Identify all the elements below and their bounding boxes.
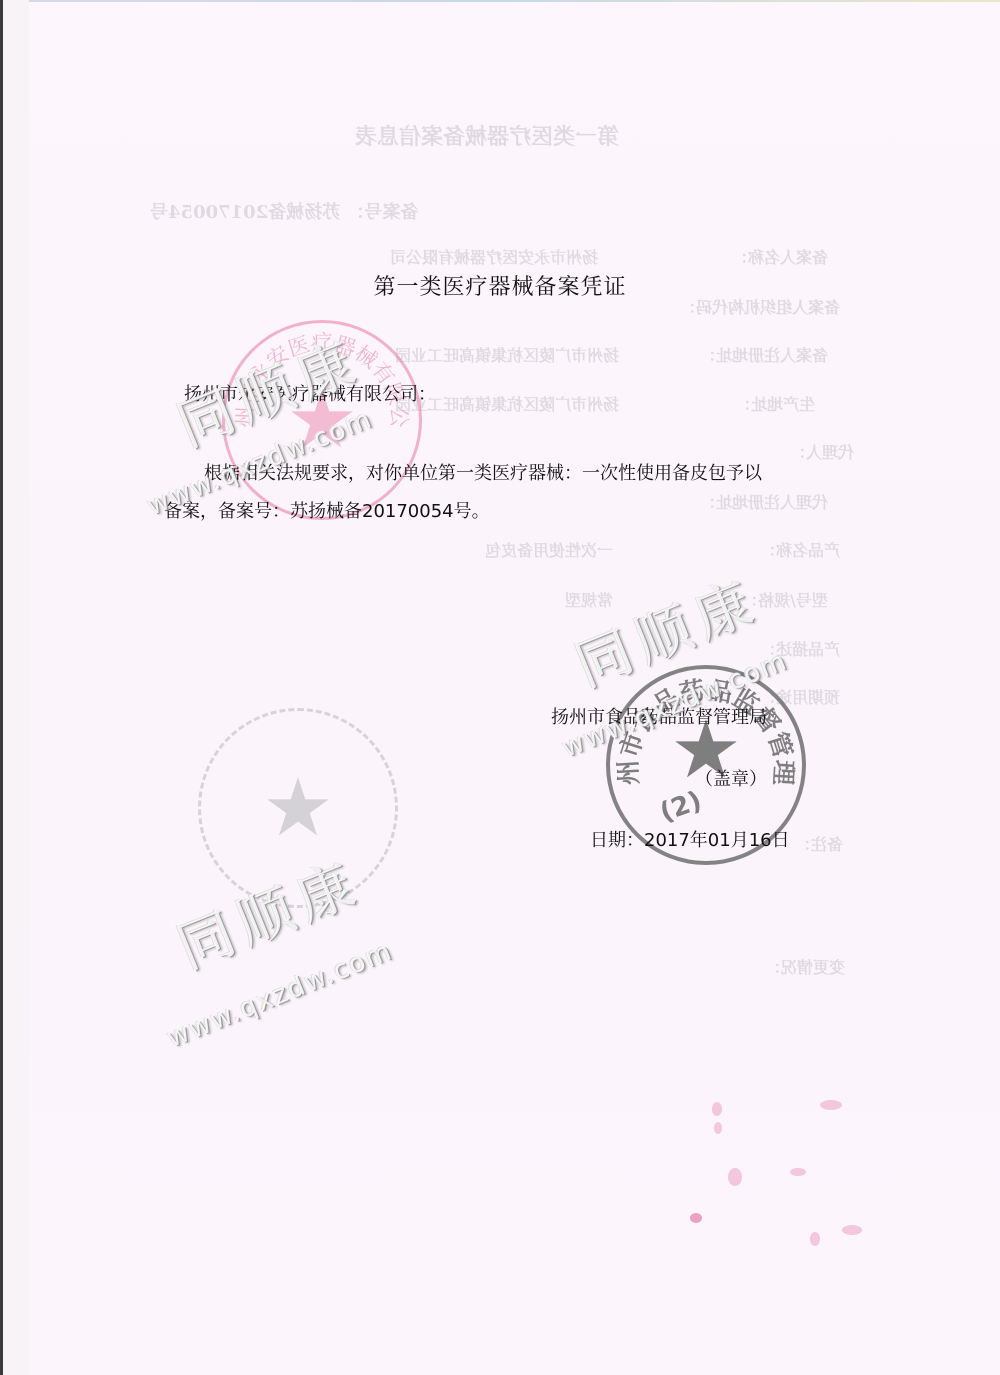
ink-speck — [810, 1232, 820, 1246]
scan-top-edge — [0, 0, 1000, 2]
bleed-value-address: 扬州市广陵区杭集镇高旺工业园 — [395, 343, 619, 366]
ink-speck — [820, 1100, 842, 1110]
document-page: 第一类医疗器械备案信息表 备案号： 苏扬械备20170054号 备案人名称： 扬… — [0, 0, 1000, 1375]
bleed-title: 第一类医疗器械备案信息表 — [355, 120, 619, 151]
scan-left-margin — [3, 0, 29, 1375]
ink-speck — [842, 1225, 862, 1235]
bleed-label-production: 生产地址： — [735, 392, 815, 415]
issue-date: 日期：2017年01月16日 — [590, 826, 790, 852]
ink-speck — [712, 1102, 722, 1116]
bleed-record-no: 备案号： 苏扬械备20170054号 — [150, 198, 418, 224]
bleed-label-applicant: 备案人名称： — [732, 245, 828, 268]
seal-note: （盖章） — [695, 765, 767, 791]
ink-speck — [790, 1168, 806, 1176]
bleed-value-model: 常规型 — [565, 588, 613, 611]
ink-speck — [714, 1122, 722, 1134]
date-value: 2017年01月16日 — [644, 830, 790, 851]
bleed-label-remark: 备注： — [795, 832, 843, 855]
ink-speck — [690, 1213, 702, 1223]
bleed-label-product-name: 产品名称： — [760, 538, 840, 561]
bleed-label-changes: 变更情况： — [765, 955, 845, 978]
star-icon: ★ — [262, 768, 334, 848]
date-label: 日期： — [590, 830, 644, 851]
bleed-value-product-name: 一次性使用备皮包 — [485, 538, 613, 561]
bleed-value-applicant: 扬州市永安医疗器械有限公司 — [390, 245, 598, 268]
ink-speck — [728, 1168, 742, 1186]
bleed-label-address: 备案人注册地址： — [700, 343, 828, 366]
body-line-2: 备案，备案号：苏扬械备20170054号。 — [184, 493, 864, 531]
document-title: 第一类医疗器械备案凭证 — [0, 270, 1000, 301]
